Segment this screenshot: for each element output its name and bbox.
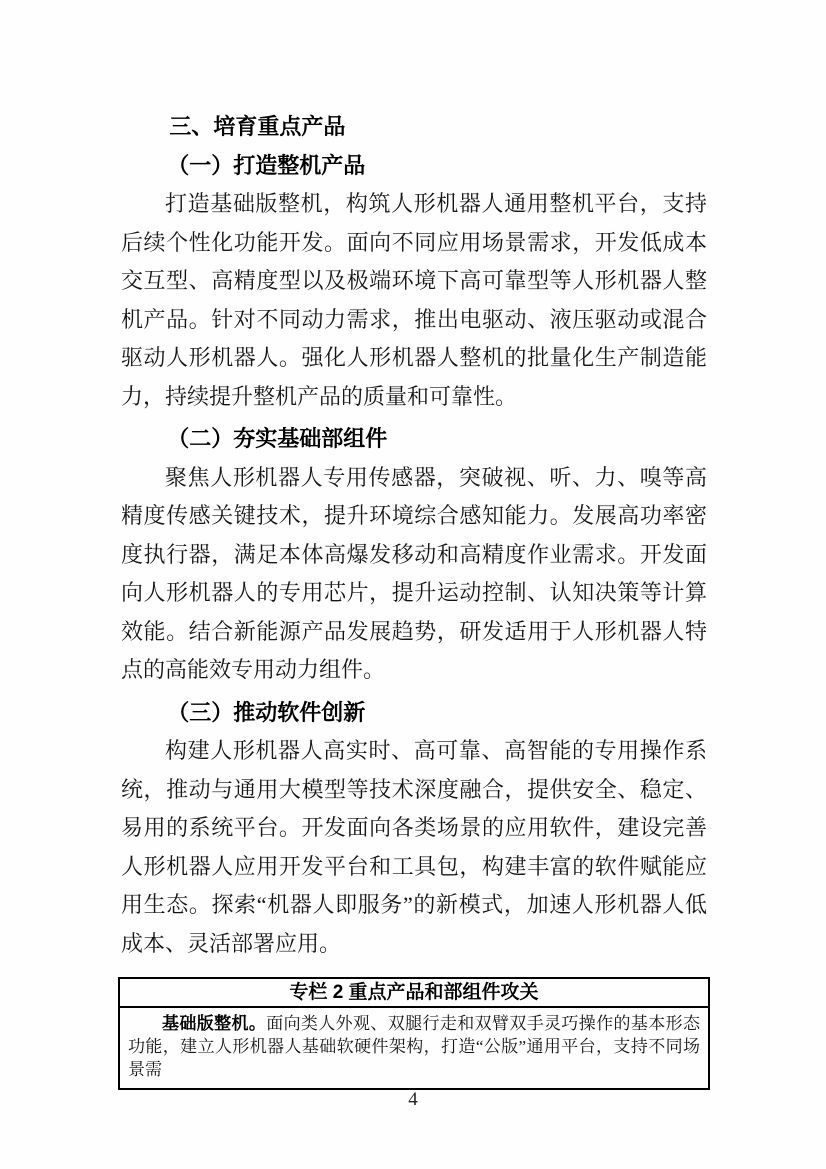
section-heading: 三、培育重点产品	[121, 108, 707, 147]
subsection-3-heading: （三）推动软件创新	[121, 694, 707, 733]
callout-entry-term: 基础版整机。	[162, 1014, 266, 1033]
callout-box: 专栏 2 重点产品和部组件攻关 基础版整机。面向类人外观、双腿行走和双臂双手灵巧…	[118, 977, 710, 1090]
subsection-2-heading: （二）夯实基础部组件	[121, 420, 707, 459]
page-number: 4	[0, 1089, 826, 1111]
document-body: 三、培育重点产品 （一）打造整机产品 打造基础版整机，构筑人形机器人通用整机平台…	[121, 108, 707, 1090]
document-page: 三、培育重点产品 （一）打造整机产品 打造基础版整机，构筑人形机器人通用整机平台…	[0, 0, 826, 1169]
callout-box-title: 专栏 2 重点产品和部组件攻关	[120, 979, 708, 1008]
subsection-3-paragraph: 构建人形机器人高实时、高可靠、高智能的专用操作系统，推动与通用大模型等技术深度融…	[121, 732, 707, 963]
subsection-1-heading: （一）打造整机产品	[121, 147, 707, 186]
subsection-2-paragraph: 聚焦人形机器人专用传感器，突破视、听、力、嗅等高精度传感关键技术，提升环境综合感…	[121, 459, 707, 690]
subsection-1-paragraph: 打造基础版整机，构筑人形机器人通用整机平台，支持后续个性化功能开发。面向不同应用…	[121, 185, 707, 416]
callout-box-body: 基础版整机。面向类人外观、双腿行走和双臂双手灵巧操作的基本形态功能，建立人形机器…	[120, 1008, 708, 1088]
